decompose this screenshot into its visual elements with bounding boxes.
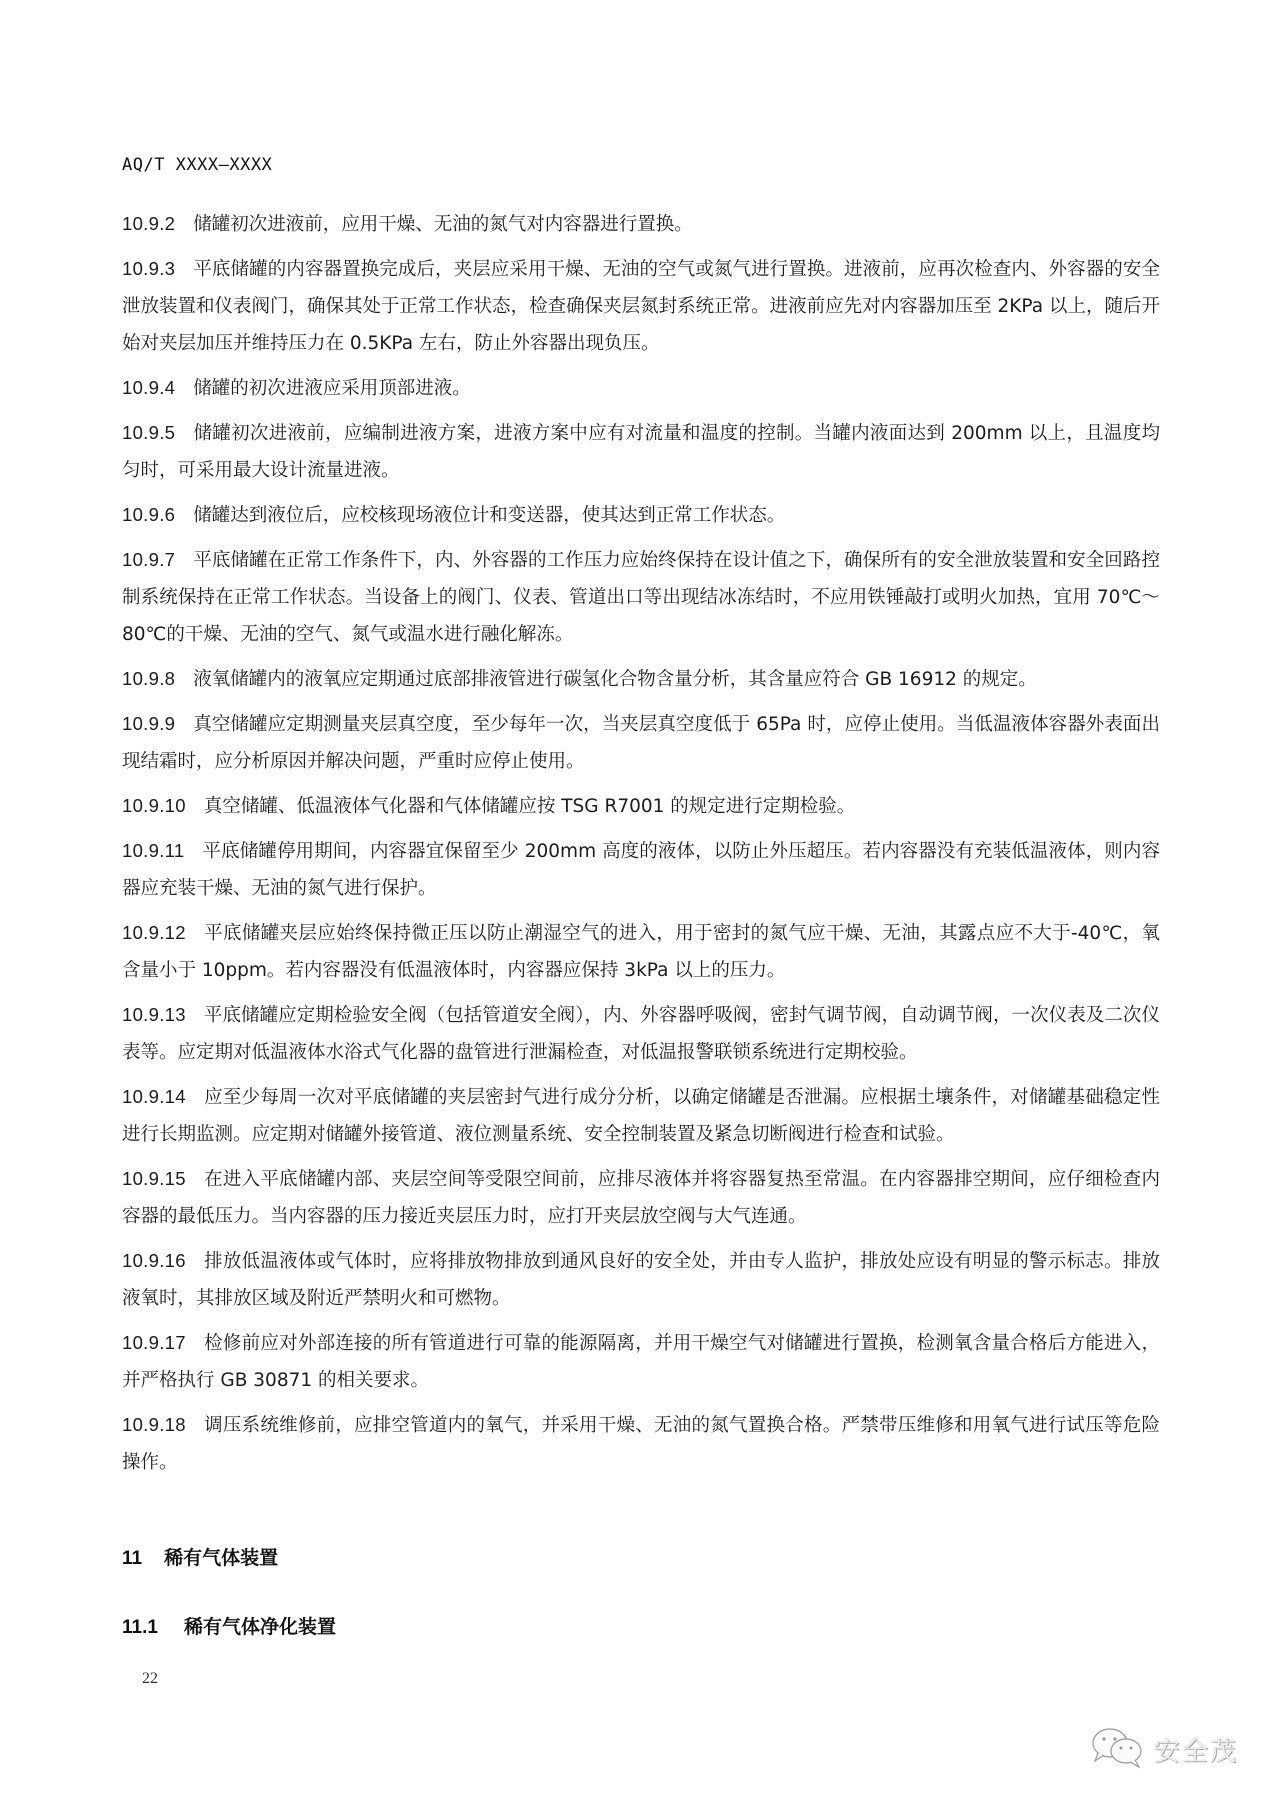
- clause-number: 10.9.10: [122, 795, 186, 816]
- clause-10-9-9: 10.9.9真空储罐应定期测量夹层真空度，至少每年一次，当夹层真空度低于 65P…: [122, 705, 1160, 780]
- section-number: 11: [122, 1548, 142, 1569]
- clause-text: 储罐达到液位后，应校核现场液位计和变送器，使其达到正常工作状态。: [193, 505, 785, 526]
- clause-text: 平底储罐应定期检验安全阀（包括管道安全阀），内、外容器呼吸阀，密封气调节阀，自动…: [122, 1005, 1160, 1063]
- clause-number: 10.9.6: [122, 504, 175, 525]
- document-page: AQ/T XXXX—XXXX 10.9.2储罐初次进液前，应用干燥、无油的氮气对…: [0, 0, 1280, 1810]
- clause-number: 10.9.2: [122, 213, 175, 234]
- clause-10-9-5: 10.9.5储罐初次进液前，应编制进液方案，进液方案中应有对流量和温度的控制。当…: [122, 414, 1160, 489]
- clause-number: 10.9.14: [122, 1086, 186, 1107]
- clause-10-9-8: 10.9.8液氧储罐内的液氧应定期通过底部排液管进行碳氢化合物含量分析，其含量应…: [122, 660, 1160, 698]
- wechat-icon: [1088, 1725, 1148, 1773]
- clause-text: 储罐的初次进液应采用顶部进液。: [193, 378, 471, 399]
- watermark: 安全茂: [1088, 1725, 1238, 1773]
- clause-text: 调压系统维修前，应排空管道内的氧气，并采用干燥、无油的氮气置换合格。严禁带压维修…: [122, 1415, 1160, 1473]
- clause-text: 储罐初次进液前，应用干燥、无油的氮气对内容器进行置换。: [193, 214, 693, 235]
- clause-10-9-16: 10.9.16排放低温液体或气体时，应将排放物排放到通风良好的安全处，并由专人监…: [122, 1242, 1160, 1317]
- clause-number: 10.9.11: [122, 840, 184, 861]
- clause-10-9-12: 10.9.12平底储罐夹层应始终保持微正压以防止潮湿空气的进入，用于密封的氮气应…: [122, 914, 1160, 989]
- clause-10-9-11: 10.9.11平底储罐停用期间，内容器宜保留至少 200mm 高度的液体，以防止…: [122, 832, 1160, 907]
- clause-text: 真空储罐应定期测量夹层真空度，至少每年一次，当夹层真空度低于 65Pa 时，应停…: [122, 714, 1160, 772]
- section-title: 稀有气体装置: [164, 1547, 278, 1569]
- clause-10-9-15: 10.9.15在进入平底储罐内部、夹层空间等受限空间前，应排尽液体并将容器复热至…: [122, 1160, 1160, 1235]
- document-code-header: AQ/T XXXX—XXXX: [122, 155, 272, 175]
- clause-10-9-18: 10.9.18调压系统维修前，应排空管道内的氧气，并采用干燥、无油的氮气置换合格…: [122, 1406, 1160, 1481]
- clause-number: 10.9.15: [122, 1168, 186, 1189]
- subsection-number: 11.1: [122, 1617, 158, 1638]
- subsection-heading: 11.1稀有气体净化装置: [122, 1612, 336, 1639]
- clause-number: 10.9.4: [122, 377, 175, 398]
- clause-text: 平底储罐的内容器置换完成后，夹层应采用干燥、无油的空气或氮气进行置换。进液前，应…: [122, 259, 1160, 354]
- clause-number: 10.9.12: [122, 922, 186, 943]
- clause-10-9-14: 10.9.14应至少每周一次对平底储罐的夹层密封气进行成分分析，以确定储罐是否泄…: [122, 1078, 1160, 1153]
- clause-number: 10.9.17: [122, 1332, 186, 1353]
- clause-number: 10.9.7: [122, 549, 175, 570]
- clause-text: 储罐初次进液前，应编制进液方案，进液方案中应有对流量和温度的控制。当罐内液面达到…: [122, 423, 1160, 481]
- clause-10-9-6: 10.9.6储罐达到液位后，应校核现场液位计和变送器，使其达到正常工作状态。: [122, 496, 1160, 534]
- clause-text: 真空储罐、低温液体气化器和气体储罐应按 TSG R7001 的规定进行定期检验。: [204, 796, 855, 817]
- clause-text: 平底储罐在正常工作条件下，内、外容器的工作压力应始终保持在设计值之下，确保所有的…: [122, 550, 1160, 645]
- clause-text: 应至少每周一次对平底储罐的夹层密封气进行成分分析，以确定储罐是否泄漏。应根据土壤…: [122, 1087, 1160, 1145]
- clause-list: 10.9.2储罐初次进液前，应用干燥、无油的氮气对内容器进行置换。 10.9.3…: [122, 205, 1160, 1488]
- clause-number: 10.9.3: [122, 258, 175, 279]
- page-number: 22: [142, 1670, 158, 1688]
- clause-text: 在进入平底储罐内部、夹层空间等受限空间前，应排尽液体并将容器复热至常温。在内容器…: [122, 1169, 1160, 1227]
- clause-10-9-13: 10.9.13平底储罐应定期检验安全阀（包括管道安全阀），内、外容器呼吸阀，密封…: [122, 996, 1160, 1071]
- clause-text: 平底储罐停用期间，内容器宜保留至少 200mm 高度的液体，以防止外压超压。若内…: [122, 841, 1160, 899]
- clause-number: 10.9.16: [122, 1250, 186, 1271]
- subsection-title: 稀有气体净化装置: [184, 1616, 336, 1638]
- clause-number: 10.9.8: [122, 668, 175, 689]
- clause-number: 10.9.13: [122, 1004, 186, 1025]
- clause-text: 排放低温液体或气体时，应将排放物排放到通风良好的安全处，并由专人监护，排放处应设…: [122, 1251, 1160, 1309]
- section-heading: 11稀有气体装置: [122, 1543, 278, 1570]
- clause-text: 平底储罐夹层应始终保持微正压以防止潮湿空气的进入，用于密封的氮气应干燥、无油，其…: [122, 923, 1160, 981]
- clause-number: 10.9.5: [122, 422, 175, 443]
- clause-10-9-7: 10.9.7平底储罐在正常工作条件下，内、外容器的工作压力应始终保持在设计值之下…: [122, 541, 1160, 653]
- clause-10-9-2: 10.9.2储罐初次进液前，应用干燥、无油的氮气对内容器进行置换。: [122, 205, 1160, 243]
- clause-number: 10.9.18: [122, 1414, 186, 1435]
- clause-text: 检修前应对外部连接的所有管道进行可靠的能源隔离，并用干燥空气对储罐进行置换，检测…: [122, 1333, 1160, 1391]
- clause-10-9-17: 10.9.17检修前应对外部连接的所有管道进行可靠的能源隔离，并用干燥空气对储罐…: [122, 1324, 1160, 1399]
- clause-10-9-10: 10.9.10真空储罐、低温液体气化器和气体储罐应按 TSG R7001 的规定…: [122, 787, 1160, 825]
- clause-text: 液氧储罐内的液氧应定期通过底部排液管进行碳氢化合物含量分析，其含量应符合 GB …: [193, 669, 1037, 690]
- clause-10-9-4: 10.9.4储罐的初次进液应采用顶部进液。: [122, 369, 1160, 407]
- clause-10-9-3: 10.9.3平底储罐的内容器置换完成后，夹层应采用干燥、无油的空气或氮气进行置换…: [122, 250, 1160, 362]
- watermark-text: 安全茂: [1154, 1731, 1238, 1768]
- clause-number: 10.9.9: [122, 713, 175, 734]
